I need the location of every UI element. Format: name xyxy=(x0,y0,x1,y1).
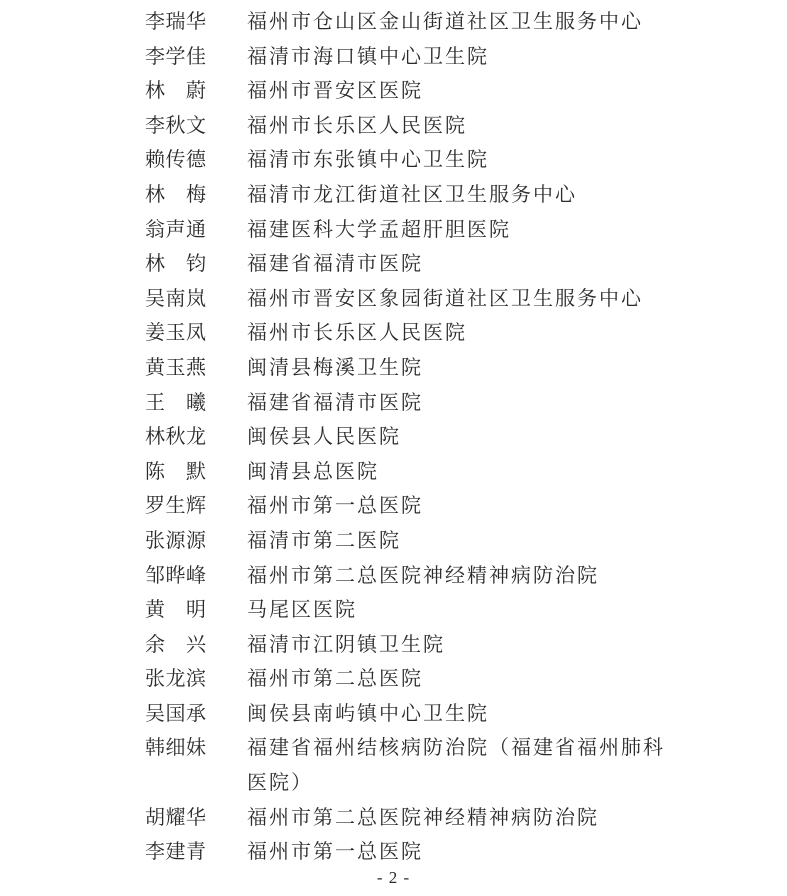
person-name: 吴南岚 xyxy=(145,282,209,317)
roster-row: 邹晔峰 福州市第二总医院神经精神病防治院 xyxy=(145,559,787,594)
person-name: 王 曦 xyxy=(145,386,209,421)
roster-row: 姜玉凤 福州市长乐区人民医院 xyxy=(145,316,787,351)
person-name: 李瑞华 xyxy=(145,5,209,40)
organization-name: 福州市第二总医院神经精神病防治院 xyxy=(247,801,681,836)
roster-row: 黄玉燕 闽清县梅溪卫生院 xyxy=(145,351,787,386)
organization-name: 福建省福州结核病防治院（福建省福州肺科医院） xyxy=(247,731,681,800)
person-name: 黄玉燕 xyxy=(145,351,209,386)
person-name: 陈 默 xyxy=(145,455,209,490)
roster-row: 韩细妹 福建省福州结核病防治院（福建省福州肺科医院） xyxy=(145,731,787,800)
document-page: 李瑞华 福州市仓山区金山街道社区卫生服务中心 李学佳 福清市海口镇中心卫生院 林… xyxy=(0,0,787,896)
person-name: 余 兴 xyxy=(145,628,209,663)
roster-row: 林秋龙 闽侯县人民医院 xyxy=(145,420,787,455)
organization-name: 马尾区医院 xyxy=(247,593,681,628)
organization-name: 福建省福清市医院 xyxy=(247,247,681,282)
roster-row: 李建青 福州市第一总医院 xyxy=(145,835,787,870)
organization-name: 福州市长乐区人民医院 xyxy=(247,109,681,144)
organization-name: 福州市晋安区象园街道社区卫生服务中心 xyxy=(247,282,681,317)
organization-name: 闽侯县南屿镇中心卫生院 xyxy=(247,697,681,732)
organization-name: 福州市第二总医院 xyxy=(247,662,681,697)
person-name: 邹晔峰 xyxy=(145,559,209,594)
roster-row: 林 蔚 福州市晋安区医院 xyxy=(145,74,787,109)
person-name: 张龙滨 xyxy=(145,662,209,697)
person-name: 李建青 xyxy=(145,835,209,870)
page-footer: - 2 - xyxy=(0,868,787,888)
roster-row: 罗生辉 福州市第一总医院 xyxy=(145,489,787,524)
roster-row: 林 梅 福清市龙江街道社区卫生服务中心 xyxy=(145,178,787,213)
roster-list: 李瑞华 福州市仓山区金山街道社区卫生服务中心 李学佳 福清市海口镇中心卫生院 林… xyxy=(0,0,787,870)
roster-row: 吴南岚 福州市晋安区象园街道社区卫生服务中心 xyxy=(145,282,787,317)
organization-name: 福清市江阴镇卫生院 xyxy=(247,628,681,663)
person-name: 赖传德 xyxy=(145,143,209,178)
person-name: 姜玉凤 xyxy=(145,316,209,351)
organization-name: 福清市海口镇中心卫生院 xyxy=(247,40,681,75)
person-name: 黄 明 xyxy=(145,593,209,628)
person-name: 翁声通 xyxy=(145,213,209,248)
organization-name: 福州市第二总医院神经精神病防治院 xyxy=(247,559,681,594)
roster-row: 张源源 福清市第二医院 xyxy=(145,524,787,559)
organization-name: 福清市龙江街道社区卫生服务中心 xyxy=(247,178,681,213)
roster-row: 李瑞华 福州市仓山区金山街道社区卫生服务中心 xyxy=(145,5,787,40)
person-name: 胡耀华 xyxy=(145,801,209,836)
organization-name: 福州市长乐区人民医院 xyxy=(247,316,681,351)
organization-name: 福建医科大学孟超肝胆医院 xyxy=(247,213,681,248)
page-number: - 2 - xyxy=(377,868,410,887)
organization-name: 闽清县总医院 xyxy=(247,455,681,490)
person-name: 李学佳 xyxy=(145,40,209,75)
person-name: 吴国承 xyxy=(145,697,209,732)
organization-name: 福州市晋安区医院 xyxy=(247,74,681,109)
roster-row: 翁声通 福建医科大学孟超肝胆医院 xyxy=(145,213,787,248)
person-name: 林秋龙 xyxy=(145,420,209,455)
roster-row: 黄 明 马尾区医院 xyxy=(145,593,787,628)
person-name: 李秋文 xyxy=(145,109,209,144)
organization-name: 福州市仓山区金山街道社区卫生服务中心 xyxy=(247,5,681,40)
roster-row: 王 曦 福建省福清市医院 xyxy=(145,386,787,421)
person-name: 张源源 xyxy=(145,524,209,559)
organization-name: 福建省福清市医院 xyxy=(247,386,681,421)
roster-row: 吴国承 闽侯县南屿镇中心卫生院 xyxy=(145,697,787,732)
person-name: 林 梅 xyxy=(145,178,209,213)
roster-row: 张龙滨 福州市第二总医院 xyxy=(145,662,787,697)
organization-name: 闽清县梅溪卫生院 xyxy=(247,351,681,386)
organization-name: 福清市第二医院 xyxy=(247,524,681,559)
roster-row: 李学佳 福清市海口镇中心卫生院 xyxy=(145,40,787,75)
person-name: 韩细妹 xyxy=(145,731,209,766)
roster-row: 胡耀华 福州市第二总医院神经精神病防治院 xyxy=(145,801,787,836)
organization-name: 福清市东张镇中心卫生院 xyxy=(247,143,681,178)
person-name: 罗生辉 xyxy=(145,489,209,524)
organization-name: 闽侯县人民医院 xyxy=(247,420,681,455)
roster-row: 陈 默 闽清县总医院 xyxy=(145,455,787,490)
roster-row: 李秋文 福州市长乐区人民医院 xyxy=(145,109,787,144)
roster-row: 赖传德 福清市东张镇中心卫生院 xyxy=(145,143,787,178)
person-name: 林 钧 xyxy=(145,247,209,282)
organization-name: 福州市第一总医院 xyxy=(247,835,681,870)
organization-name: 福州市第一总医院 xyxy=(247,489,681,524)
roster-row: 林 钧 福建省福清市医院 xyxy=(145,247,787,282)
roster-row: 余 兴 福清市江阴镇卫生院 xyxy=(145,628,787,663)
person-name: 林 蔚 xyxy=(145,74,209,109)
